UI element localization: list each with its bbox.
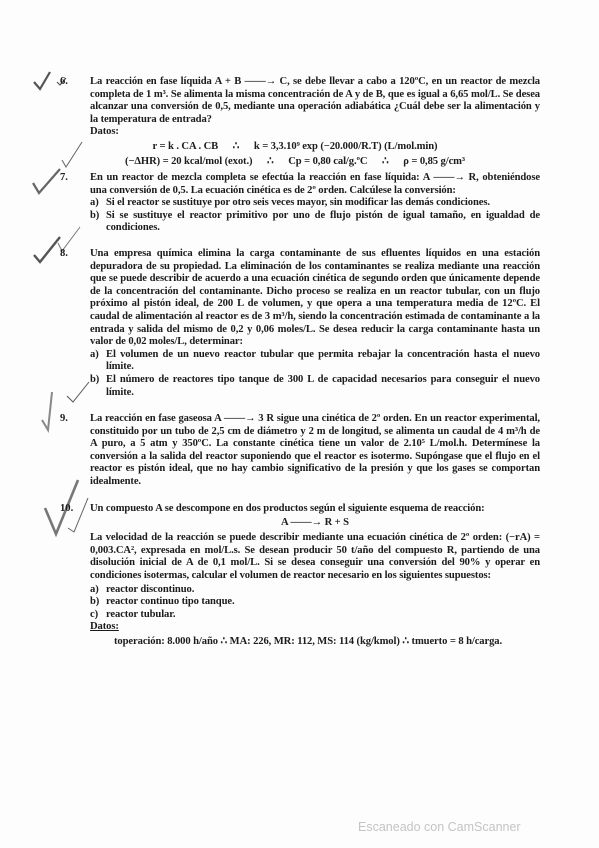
sub-question: a) Si el reactor se sustituye por otro s… [90,197,540,210]
sub-question-list: a) Si el reactor se sustituye por otro s… [90,197,540,235]
rate-constant: k = 3,3.10⁹ exp (−20.000/R.T) (L/mol.min… [254,141,438,152]
problem-number: 6. [60,76,90,89]
sub-question-text: El número de reactores tipo tanque de 30… [106,374,540,399]
datos-label: Datos: [90,621,540,634]
problem-10: 10. Un compuesto A se descompone en dos … [60,503,540,649]
datos-line: toperación: 8.000 h/año ∴ MA: 226, MR: 1… [114,636,540,649]
sub-question-label: c) [90,609,106,622]
datos-line-1: r = k . CA . CB ∴ k = 3,3.10⁹ exp (−20.0… [50,141,540,154]
sub-question: b) Si se sustituye el reactor primitivo … [90,210,540,235]
problem-7: 7. En un reactor de mezcla completa se e… [60,172,540,235]
problem-number: 10. [60,503,90,516]
problem-statement: Un compuesto A se descompone en dos prod… [90,503,540,516]
sub-question-text: Si se sustituye el reactor primitivo por… [106,210,540,235]
problem-statement: La reacción en fase gaseosa A ——→ 3 R si… [90,413,540,489]
sub-question-label: b) [90,596,106,609]
sub-question: c) reactor tubular. [90,609,540,622]
scanned-page: 6. La reacción en fase líquida A + B ——→… [0,0,599,848]
heat-capacity: Cp = 0,80 cal/g.ºC [288,156,367,167]
therefore-symbol: ∴ [382,156,389,167]
problem-statement: La reacción en fase líquida A + B ——→ C,… [90,76,540,126]
problem-6: 6. La reacción en fase líquida A + B ——→… [60,76,540,168]
camscanner-watermark: Escaneado con CamScanner [358,820,521,834]
sub-question-list: a) El volumen de un nuevo reactor tubula… [90,349,540,399]
sub-question: a) El volumen de un nuevo reactor tubula… [90,349,540,374]
sub-question: a) reactor discontinuo. [90,584,540,597]
reaction-scheme: A ——→ R + S [90,517,540,530]
datos-line-2: (−ΔHR) = 20 kcal/mol (exot.) ∴ Cp = 0,80… [50,156,540,169]
sub-question: b) reactor continuo tipo tanque. [90,596,540,609]
problem-statement-continued: La velocidad de la reacción se puede des… [90,532,540,582]
problem-number: 8. [60,248,90,261]
sub-question-label: b) [90,210,106,235]
sub-question-list: a) reactor discontinuo. b) reactor conti… [90,584,540,622]
sub-question-text: reactor discontinuo. [106,584,540,597]
sub-question-label: a) [90,349,106,374]
density: ρ = 0,85 g/cm³ [403,156,465,167]
sub-question-label: b) [90,374,106,399]
problem-8: 8. Una empresa química elimina la carga … [60,248,540,399]
problem-statement: Una empresa química elimina la carga con… [90,248,540,349]
rate-equation: r = k . CA . CB [153,141,219,152]
problem-number: 7. [60,172,90,185]
problem-9: 9. La reacción en fase gaseosa A ——→ 3 R… [60,413,540,489]
sub-question-label: a) [90,584,106,597]
reaction-enthalpy: (−ΔHR) = 20 kcal/mol (exot.) [125,156,252,167]
sub-question-text: reactor tubular. [106,609,540,622]
therefore-symbol: ∴ [233,141,240,152]
therefore-symbol: ∴ [267,156,274,167]
sub-question-label: a) [90,197,106,210]
datos-label: Datos: [90,126,540,139]
sub-question-text: reactor continuo tipo tanque. [106,596,540,609]
problem-number: 9. [60,413,90,426]
sub-question-text: Si el reactor se sustituye por otro seis… [106,197,540,210]
problem-statement: En un reactor de mezcla completa se efec… [90,172,540,197]
sub-question: b) El número de reactores tipo tanque de… [90,374,540,399]
sub-question-text: El volumen de un nuevo reactor tubular q… [106,349,540,374]
